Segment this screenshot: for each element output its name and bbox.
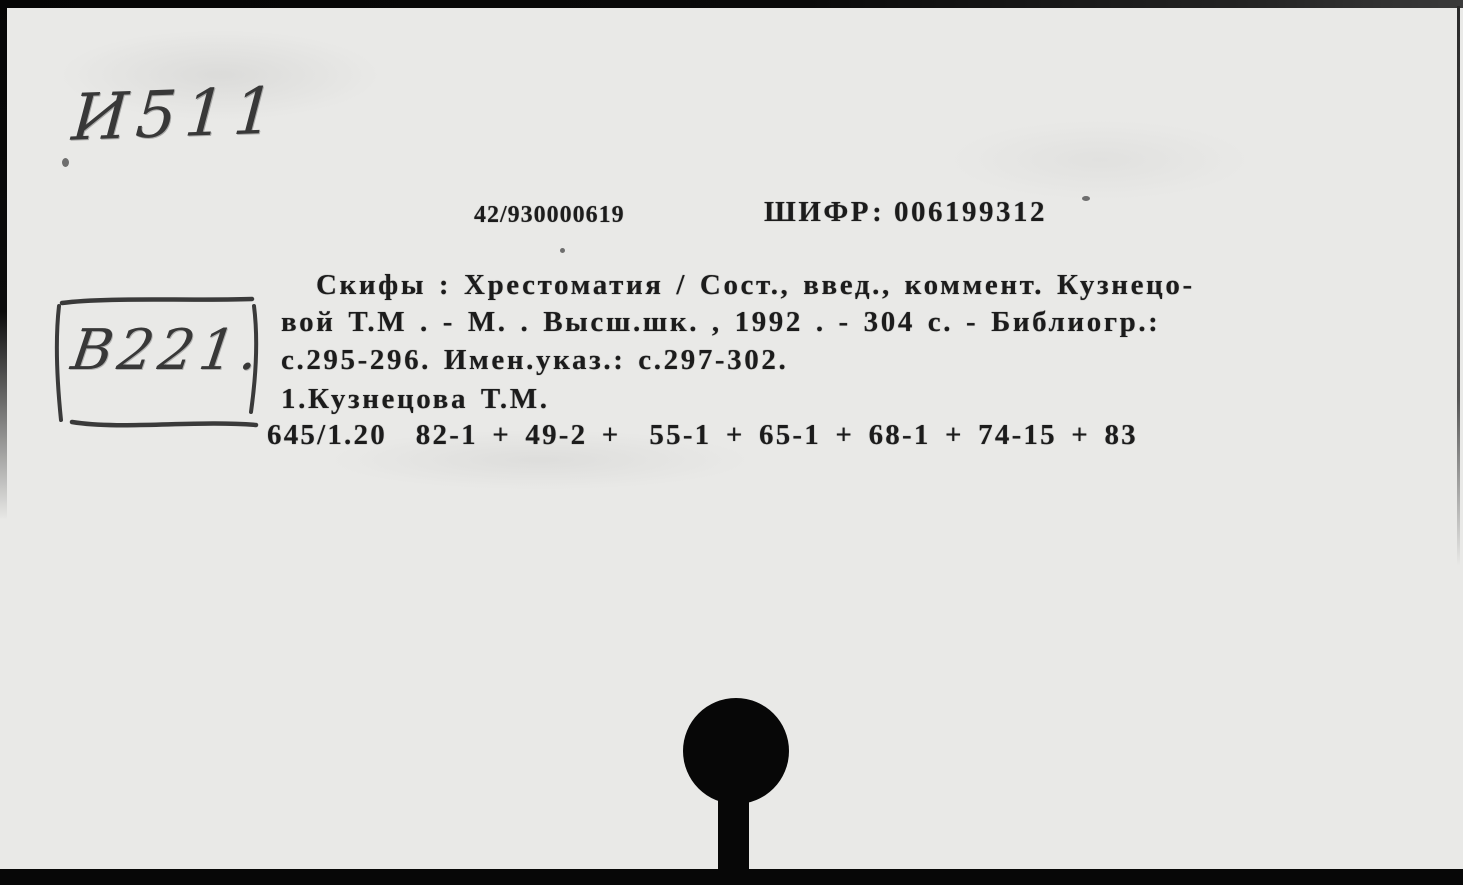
handwritten-author-mark: И511 <box>69 74 284 156</box>
bib-entry-line-1: Скифы : Хрестоматия / Сост., введ., комм… <box>316 269 1195 302</box>
scan-speck <box>1082 196 1090 201</box>
holdings-code-line: 645/1.20 82-1 + 49-2 + 55-1 + 65-1 + 68-… <box>267 419 1138 452</box>
catalog-card-scan: И511 42/930000619 ШИФР: 006199312 В221. … <box>0 0 1463 885</box>
scan-speck <box>62 158 69 167</box>
scan-smudge <box>950 120 1250 200</box>
scan-edge-bottom <box>0 869 1463 885</box>
bib-entry-line-2: вой Т.М . - М. . Высш.шк. , 1992 . - 304… <box>281 306 1160 339</box>
added-entry-line: 1.Кузнецова Т.М. <box>281 383 550 416</box>
punch-hole <box>683 698 789 804</box>
shifr-number: ШИФР: 006199312 <box>764 196 1047 229</box>
scan-speck <box>560 248 565 253</box>
bib-entry-line-3: с.295-296. Имен.указ.: с.297-302. <box>281 344 788 377</box>
scan-edge-top <box>0 0 1463 8</box>
handwritten-classification-box: В221. <box>46 286 270 436</box>
handwritten-classification-code: В221. <box>67 318 267 383</box>
scan-edge-right <box>1457 6 1460 566</box>
scan-edge-left <box>0 0 7 520</box>
accession-number: 42/930000619 <box>474 202 625 229</box>
